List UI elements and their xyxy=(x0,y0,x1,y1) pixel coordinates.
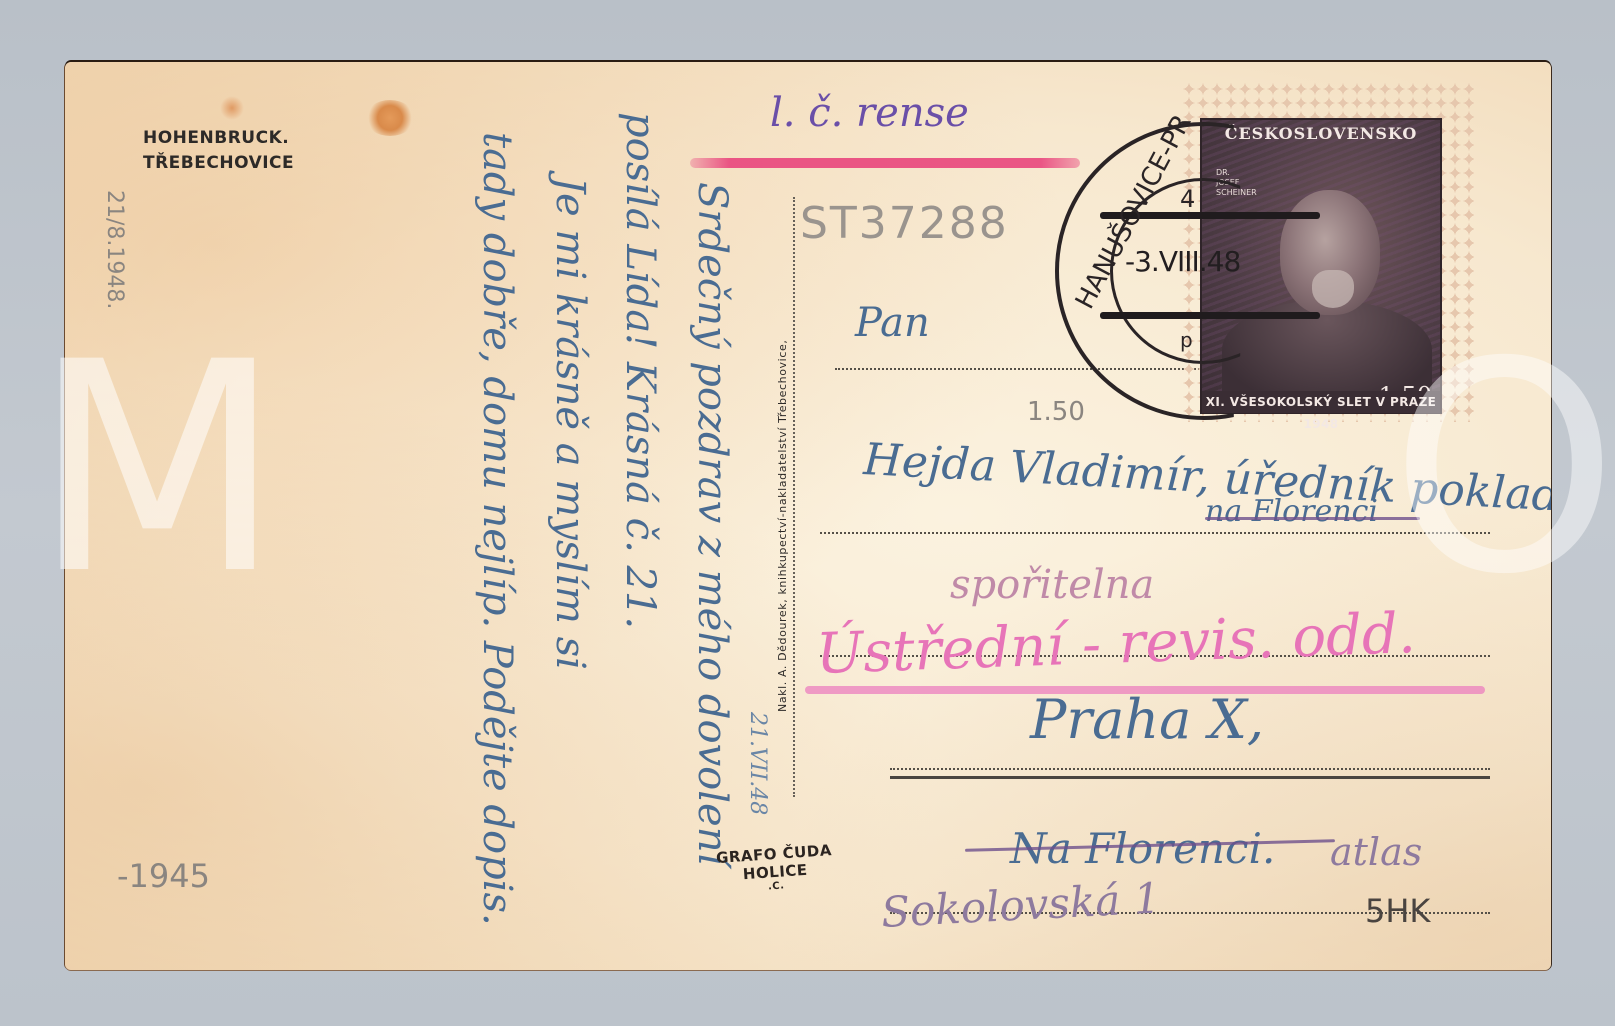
watermark-right-letter: O xyxy=(1390,325,1615,615)
purple-top-note: l. č. rense xyxy=(770,90,969,136)
address-pencil-addition: atlas xyxy=(1330,830,1422,874)
message-line-1: Srdečný pozdrav z mého dovolení xyxy=(689,182,735,865)
postmark-bar-bottom xyxy=(1100,312,1320,319)
address-struck-line-1: na Florenci xyxy=(1205,494,1378,529)
address-pencil-street: Sokolovská 1 xyxy=(880,873,1162,937)
center-divider xyxy=(793,197,795,797)
address-pink-department: Ústřední - revis. odd. xyxy=(815,601,1417,687)
pencil-price: 1.50 xyxy=(1027,397,1085,427)
postmark-number: 4 xyxy=(1180,185,1195,213)
message-line-3: Je mi krásně a myslím si xyxy=(547,177,593,670)
address-line-4 xyxy=(890,768,1490,770)
rust-stain-small xyxy=(220,96,244,120)
location-title-line1: HOHENBRUCK. xyxy=(143,128,289,148)
address-pencil-insert: spořitelna xyxy=(950,562,1154,608)
pink-underline-top xyxy=(690,158,1080,168)
address-city: Praha X, xyxy=(1030,688,1264,751)
stamp-portrait-beard xyxy=(1312,270,1354,308)
margin-date-note: 21.VII.48 xyxy=(745,712,770,815)
publisher-imprint: Nakl. A. Dědourek, knihkupectví-nakladat… xyxy=(776,340,789,712)
message-line-2: posílá Lída! Krásná č. 21. xyxy=(617,112,663,629)
rust-stain xyxy=(365,100,415,136)
pencil-left-date: 21/8.1948. xyxy=(102,190,127,309)
address-salutation: Pan xyxy=(855,300,930,346)
postmark-date: -3.VIII.48 xyxy=(1125,245,1240,278)
location-title-line2: TŘEBECHOVICE xyxy=(143,153,294,173)
printer-mark: GRAFO ČUDA HOLICE .C. xyxy=(704,840,847,897)
stamp-country: ČESKOSLOVENSKO xyxy=(1202,124,1440,143)
postmark-suffix: p xyxy=(1180,328,1193,352)
address-pencil-code: 5HK xyxy=(1365,892,1430,930)
watermark-left-letter: M xyxy=(32,325,282,615)
pencil-reference: ST37288 xyxy=(800,198,1009,249)
message-line-4: tady dobře, domu nejlíp. Podějte dopis. xyxy=(474,132,520,926)
strikethrough-1 xyxy=(1205,517,1420,520)
pencil-left-year: -1945 xyxy=(117,857,210,895)
address-line-4-underline xyxy=(890,776,1490,779)
